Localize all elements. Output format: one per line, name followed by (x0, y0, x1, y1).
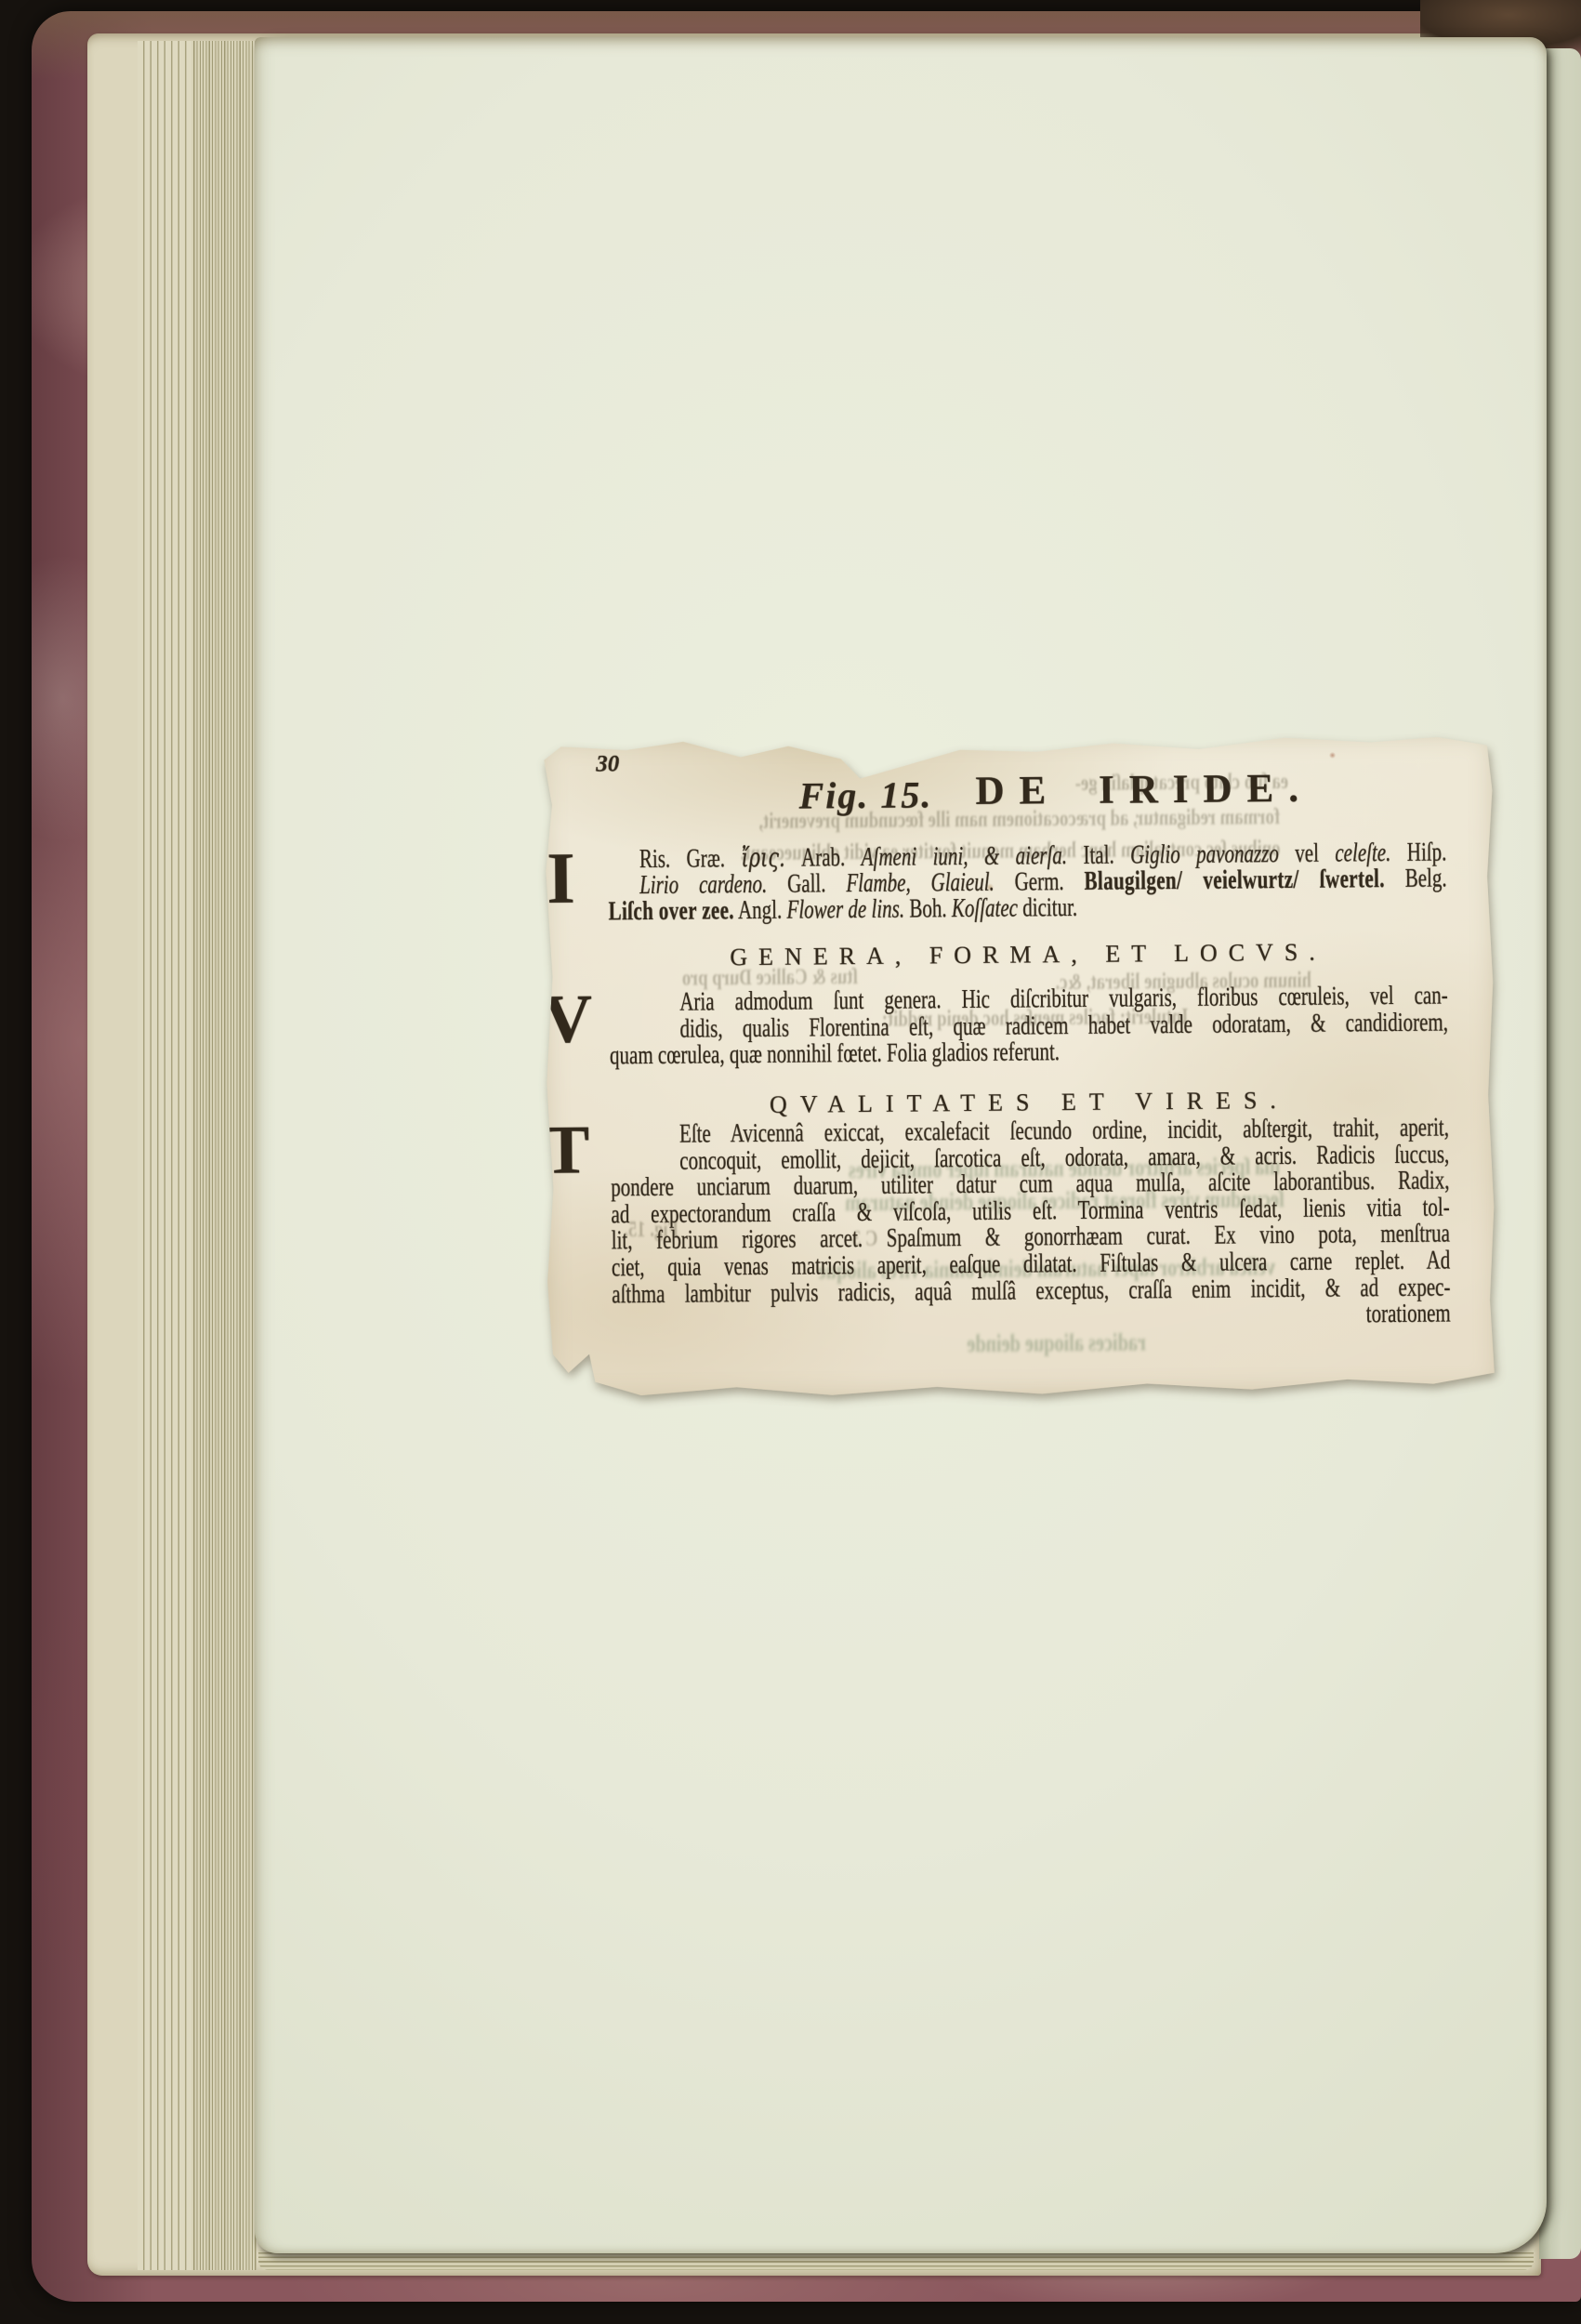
book-photo: ea ſuo clato precataplaſin ge- formam re… (0, 0, 1581, 2324)
qualitates-paragraph: Eſte Avicennâ exiccat, excalefacit ſecun… (611, 1113, 1581, 1335)
drop-cap-t: T (544, 1125, 590, 1179)
names-roman: Germ. (995, 866, 1085, 896)
text-line: quam cœrulea, quæ nonnihil fœtet. Folia … (610, 1037, 1448, 1070)
names-greek: ἴρις. (741, 842, 785, 873)
slip-paper: ea ſuo clato precataplaſin ge- formam re… (540, 731, 1500, 1401)
drop-cap-i: I (547, 851, 575, 907)
article-title: DE IRIDE. (975, 766, 1313, 814)
names-blackletter: Blaugilgen/ veielwurtz/ ſwertel. (1084, 865, 1385, 896)
names-italic: Koſſatec (952, 894, 1018, 924)
page-number: 30 (596, 751, 619, 777)
drop-cap-v: V (542, 994, 592, 1048)
figure-label: Fig. 15. (798, 772, 932, 817)
names-roman: Gall. (767, 869, 846, 899)
vernacular-names-paragraph: Ris. Græ. ἴρις. Arab. Aſmeni iuni, & aie… (608, 837, 1581, 926)
names-roman: Boh. (904, 894, 952, 923)
text-line: didis, qualis Florentina eſt, quæ radice… (679, 1010, 1448, 1043)
names-roman: Angl. (734, 896, 787, 925)
names-italic: Lirio cardeno. (639, 869, 767, 899)
pasted-printed-slip: ea ſuo clato precataplaſin ge- formam re… (540, 731, 1500, 1401)
page-edge-stack (138, 41, 257, 2270)
names-italic: Flower de lins. (786, 895, 904, 925)
page-edge-stack-coarse (138, 41, 191, 2270)
genera-paragraph: Aria admodum ſunt genera. Hic diſcribitu… (609, 981, 1581, 1070)
names-roman: dicitur. (1018, 893, 1077, 923)
page-edge-stack-fine (191, 41, 257, 2270)
names-roman: Belg. (1385, 864, 1447, 893)
names-blackletter: Liſch over zee. (608, 896, 734, 926)
text-line: Liſch over zee. Angl. Flower de lins. Bo… (609, 892, 1447, 926)
names-italic: Flambe, Glaieul. (846, 867, 995, 897)
